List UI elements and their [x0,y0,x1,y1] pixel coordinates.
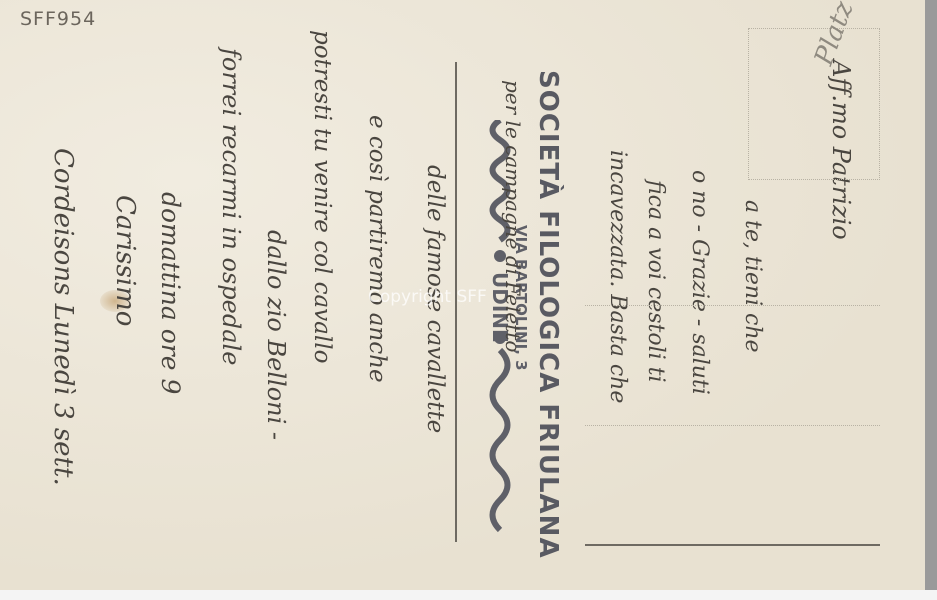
scan-edge-bottom [0,590,937,600]
postmark-text: Platz [809,0,860,69]
message-line-1: Cordeisons Lunedì 3 sett. [48,148,78,486]
message-line-9: per le campagne di Feletto [501,80,525,352]
address-baseline [585,544,880,546]
message-line-3: domattina ore 9 [156,192,185,394]
message-line-6: potresti tu venire col cavallo [309,30,335,363]
stamp-ornament-bottom-icon [480,330,520,540]
message-line-2: Carissimo [110,195,140,326]
scan-edge-right [925,0,937,600]
address-guide-line-1 [585,305,880,307]
address-guide-line-2 [585,425,880,427]
message-line-7: e così partiremo anche [364,115,390,383]
postcard-back: SFF954 Cordeisons Lunedì 3 sett. Carissi… [0,0,925,590]
message-right-2: fica a voi cestoli ti [643,180,668,383]
stamp-box: Platz [748,28,880,180]
message-right-3: o no - Grazie - saluti [687,170,712,395]
catalog-number: SFF954 [20,8,96,30]
message-line-4: forrei recarmi in ospedale [217,48,245,365]
message-right-4: a te, tieni che [740,200,765,353]
publisher-name: SOCIETÀ FILOLOGICA FRIULANA [533,70,563,559]
message-line-5: dallo zio Belloni - [262,230,290,440]
message-right-1: incavezzata. Basta che [605,150,630,403]
copyright-watermark: Copyright SFF [368,287,487,307]
